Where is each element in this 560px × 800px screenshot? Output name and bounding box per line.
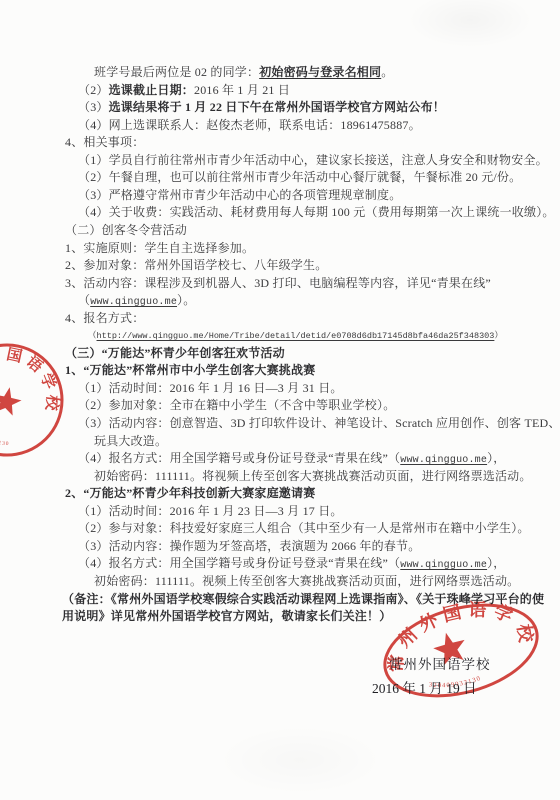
text-run: （2）参加对象：全市在籍中小学生（不含中等职业学校）。	[78, 398, 395, 412]
text-run: （1）学员自行前往常州市青少年活动中心，建议家长接送，注意人身安全和财物安全。	[78, 153, 548, 167]
school-seal-stamp-partial: 常州外国语学校 320409932130	[0, 336, 71, 466]
text-run: （三）“万能达”杯青少年创客狂欢节活动	[65, 346, 285, 360]
text-run: ）。	[177, 293, 195, 307]
doc-line: （2）午餐自理，也可以前往常州市青少年活动中心餐厅就餐，午餐标准 20 元/份。	[0, 168, 560, 186]
text-run: （4）报名方式：用全国学籍号或身份证号登录“青果在线”（	[78, 451, 400, 465]
signature-school-name: 常州外国语学校	[389, 653, 560, 673]
doc-line: 玩具大改造。	[0, 432, 560, 450]
text-run: （	[78, 293, 90, 307]
doc-line: （3）严格遵守常州市青少年活动中心的各项管理规章制度。	[0, 186, 560, 204]
doc-line: （4）报名方式：用全国学籍号或身份证号登录“青果在线”（www.qingguo.…	[0, 449, 560, 467]
doc-line: 1、实施原则：学生自主选择参加。	[0, 239, 560, 257]
doc-line: （3）选课结果将于 1 月 22 日下午在常州外国语学校官方网站公布！	[0, 98, 560, 116]
text-run: 4、相关事项：	[65, 135, 144, 149]
link-text: www.qingguo.me	[400, 560, 487, 571]
text-run: （2）参与对象：科技爱好家庭三人组合（其中至少有一人是常州市在籍中小学生）。	[78, 521, 530, 535]
text-run: （2）午餐自理，也可以前往常州市青少年活动中心餐厅就餐，午餐标准 20 元/份。	[78, 170, 521, 184]
link-text: 初始密码与登录名相同	[259, 65, 381, 79]
text-run: （1）活动时间：2016 年 1 月 23 日—3 月 17 日。	[78, 504, 343, 518]
text-run: （3）严格遵守常州市青少年活动中心的各项管理规章制度。	[78, 188, 401, 202]
doc-line: 2、“万能达”杯青少年科技创新大赛家庭邀请赛	[0, 484, 560, 502]
text-run: 3、活动内容：课程涉及到机器人、3D 打印、电脑编程等内容，详见“青果在线”	[65, 276, 491, 290]
signature-date: 2016 年 1 月 19 日	[372, 677, 560, 697]
doc-line: 班学号最后两位是 02 的同学：初始密码与登录名相同。	[0, 63, 560, 81]
doc-line: （三）“万能达”杯青少年创客狂欢节活动	[0, 344, 560, 362]
text-run: （3）	[78, 100, 109, 114]
doc-line: （二）创客冬令营活动	[0, 221, 560, 239]
text-run: ），	[487, 451, 505, 465]
text-run: ）	[494, 331, 503, 341]
doc-line: （2）选课截止日期：2016 年 1 月 21 日	[0, 81, 560, 99]
doc-line: 初始密码：111111。视频上传至创客大赛挑战赛活动页面，进行网络票选活动。	[0, 572, 560, 590]
doc-line: （3）活动内容：操作题为牙签高塔，表演题为 2066 年的春节。	[0, 537, 560, 555]
text-run: （	[88, 331, 97, 341]
text-run: （4）报名方式：用全国学籍号或身份证号登录“青果在线”（	[78, 556, 400, 570]
seal-serial-number: 320409932130	[0, 423, 13, 449]
doc-line: （2）参加对象：全市在籍中小学生（不含中等职业学校）。	[0, 396, 560, 414]
doc-line: 4、相关事项：	[0, 133, 560, 151]
text-run: （4）网上选课联系人：赵俊杰老师，联系电话：18961475887。	[78, 118, 421, 132]
doc-line: 4、报名方式：	[0, 309, 560, 327]
doc-line: 1、“万能达”杯常州市中小学生创客大赛挑战赛	[0, 361, 560, 379]
text-run: 选课截止日期：	[109, 83, 194, 97]
text-run: 。	[381, 65, 393, 79]
text-run: 玩具大改造。	[94, 434, 167, 448]
text-run: 选课结果将于 1 月 22 日下午在常州外国语学校官方网站公布！	[109, 100, 445, 114]
doc-line: （2）参与对象：科技爱好家庭三人组合（其中至少有一人是常州市在籍中小学生）。	[0, 519, 560, 537]
doc-line: （4）关于收费：实践活动、耗材费用每人每期 100 元（费用每期第一次上课统一收…	[0, 203, 560, 221]
text-run: 用说明》详见常州外国语学校官方网站，敬请家长们关注！）	[62, 609, 391, 623]
doc-line: 初始密码：111111。将视频上传至创客大赛挑战赛活动页面，进行网络票选活动。	[0, 467, 560, 485]
link-text: www.qingguo.me	[400, 455, 487, 466]
text-run: 4、报名方式：	[65, 311, 144, 325]
link-text: http://www.qingguo.me/Home/Tribe/detail/…	[97, 331, 495, 341]
star-icon	[0, 384, 24, 416]
text-run: 1、实施原则：学生自主选择参加。	[65, 241, 254, 255]
doc-line: （1）学员自行前往常州市青少年活动中心，建议家长接送，注意人身安全和财物安全。	[0, 151, 560, 169]
doc-line: 3、活动内容：课程涉及到机器人、3D 打印、电脑编程等内容，详见“青果在线”	[0, 274, 560, 292]
text-run: （2）	[78, 83, 109, 97]
text-run: ），	[487, 556, 505, 570]
text-run: 班学号最后两位是 02 的同学：	[94, 65, 259, 79]
doc-line: （http://www.qingguo.me/Home/Tribe/detail…	[0, 326, 560, 344]
doc-line: （4）网上选课联系人：赵俊杰老师，联系电话：18961475887。	[0, 116, 560, 134]
text-run: 初始密码：111111。将视频上传至创客大赛挑战赛活动页面，进行网络票选活动。	[94, 469, 532, 483]
text-run: 2、“万能达”杯青少年科技创新大赛家庭邀请赛	[65, 486, 315, 500]
text-run: （3）活动内容：创意智造、3D 打印软件设计、神笔设计、Scratch 应用创作…	[78, 416, 560, 430]
text-run: 初始密码：111111。视频上传至创客大赛挑战赛活动页面，进行网络票选活动。	[94, 574, 519, 588]
doc-line: 2、参加对象：常州外国语学校七、八年级学生。	[0, 256, 560, 274]
text-run: （1）活动时间：2016 年 1 月 16 日—3 月 31 日。	[78, 381, 343, 395]
link-text: www.qingguo.me	[90, 297, 177, 308]
doc-line: （3）活动内容：创意智造、3D 打印软件设计、神笔设计、Scratch 应用创作…	[0, 414, 560, 432]
doc-line: （1）活动时间：2016 年 1 月 23 日—3 月 17 日。	[0, 502, 560, 520]
text-run: 2016 年 1 月 21 日	[194, 83, 290, 97]
text-run: 1、“万能达”杯常州市中小学生创客大赛挑战赛	[65, 363, 315, 377]
text-run: 2、参加对象：常州外国语学校七、八年级学生。	[65, 258, 327, 272]
text-run: （4）关于收费：实践活动、耗材费用每人每期 100 元（费用每期第一次上课统一收…	[78, 205, 555, 219]
text-run: （二）创客冬令营活动	[65, 223, 187, 237]
doc-line: （4）报名方式：用全国学籍号或身份证号登录“青果在线”（www.qingguo.…	[0, 554, 560, 572]
text-run: （3）活动内容：操作题为牙签高塔，表演题为 2066 年的春节。	[78, 539, 420, 553]
doc-line: （www.qingguo.me）。	[0, 291, 560, 309]
doc-line: （1）活动时间：2016 年 1 月 16 日—3 月 31 日。	[0, 379, 560, 397]
